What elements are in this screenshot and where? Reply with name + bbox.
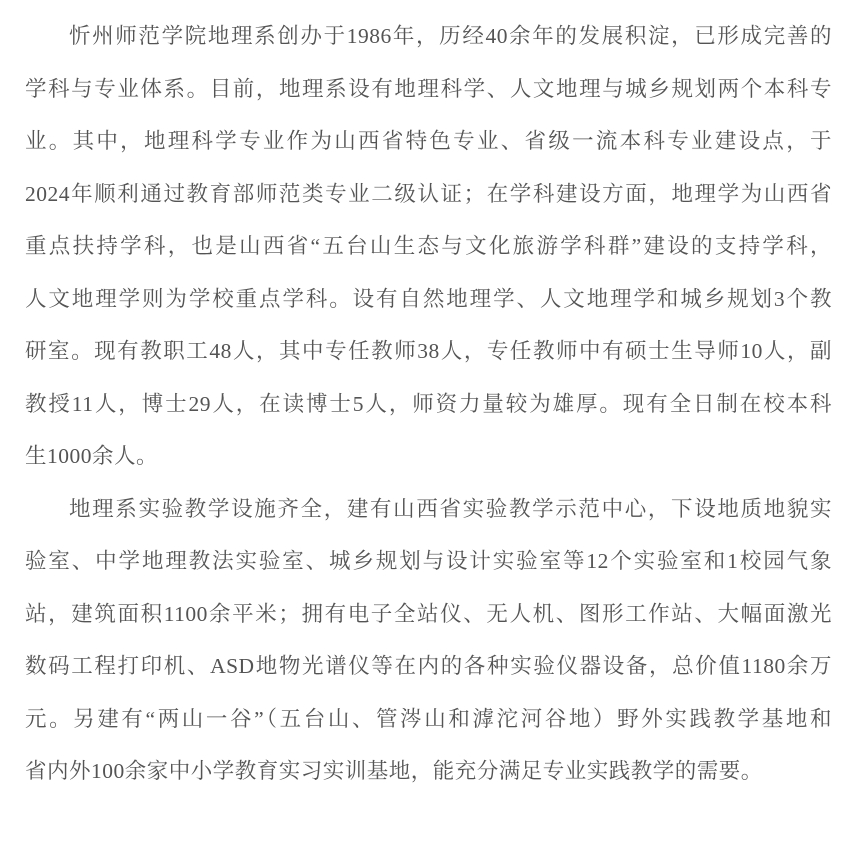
document-page: 忻州师范学院地理系创办于1986年，历经40余年的发展积淀，已形成完善的 学科与… (0, 0, 859, 862)
text-line: 数码工程打印机、ASD地物光谱仪等在内的各种实验仪器设备，总价值1180余万 (25, 640, 832, 693)
text-line: 生1000余人。 (25, 430, 832, 483)
text-line: 省内外100余家中小学教育实习实训基地，能充分满足专业实践教学的需要。 (25, 745, 832, 798)
text-line: 地理系实验教学设施齐全，建有山西省实验教学示范中心，下设地质地貌实 (25, 483, 832, 536)
text-line: 验室、中学地理教法实验室、城乡规划与设计实验室等12个实验室和1校园气象 (25, 535, 832, 588)
text-line: 站，建筑面积1100余平米；拥有电子全站仪、无人机、图形工作站、大幅面激光 (25, 588, 832, 641)
text-line: 研室。现有教职工48人，其中专任教师38人，专任教师中有硕士生导师10人，副 (25, 325, 832, 378)
text-line: 学科与专业体系。目前，地理系设有地理科学、人文地理与城乡规划两个本科专 (25, 63, 832, 116)
text-line: 忻州师范学院地理系创办于1986年，历经40余年的发展积淀，已形成完善的 (25, 10, 832, 63)
paragraph-1: 忻州师范学院地理系创办于1986年，历经40余年的发展积淀，已形成完善的 学科与… (25, 10, 832, 483)
paragraph-2: 地理系实验教学设施齐全，建有山西省实验教学示范中心，下设地质地貌实 验室、中学地… (25, 483, 832, 798)
text-line: 人文地理学则为学校重点学科。设有自然地理学、人文地理学和城乡规划3个教 (25, 273, 832, 326)
text-line: 业。其中，地理科学专业作为山西省特色专业、省级一流本科专业建设点，于 (25, 115, 832, 168)
text-line: 元。另建有“两山一谷”（五台山、管涔山和滹沱河谷地）野外实践教学基地和 (25, 693, 832, 746)
text-line: 教授11人，博士29人，在读博士5人，师资力量较为雄厚。现有全日制在校本科 (25, 378, 832, 431)
text-line: 重点扶持学科，也是山西省“五台山生态与文化旅游学科群”建设的支持学科， (25, 220, 832, 273)
text-line: 2024年顺利通过教育部师范类专业二级认证；在学科建设方面，地理学为山西省 (25, 168, 832, 221)
